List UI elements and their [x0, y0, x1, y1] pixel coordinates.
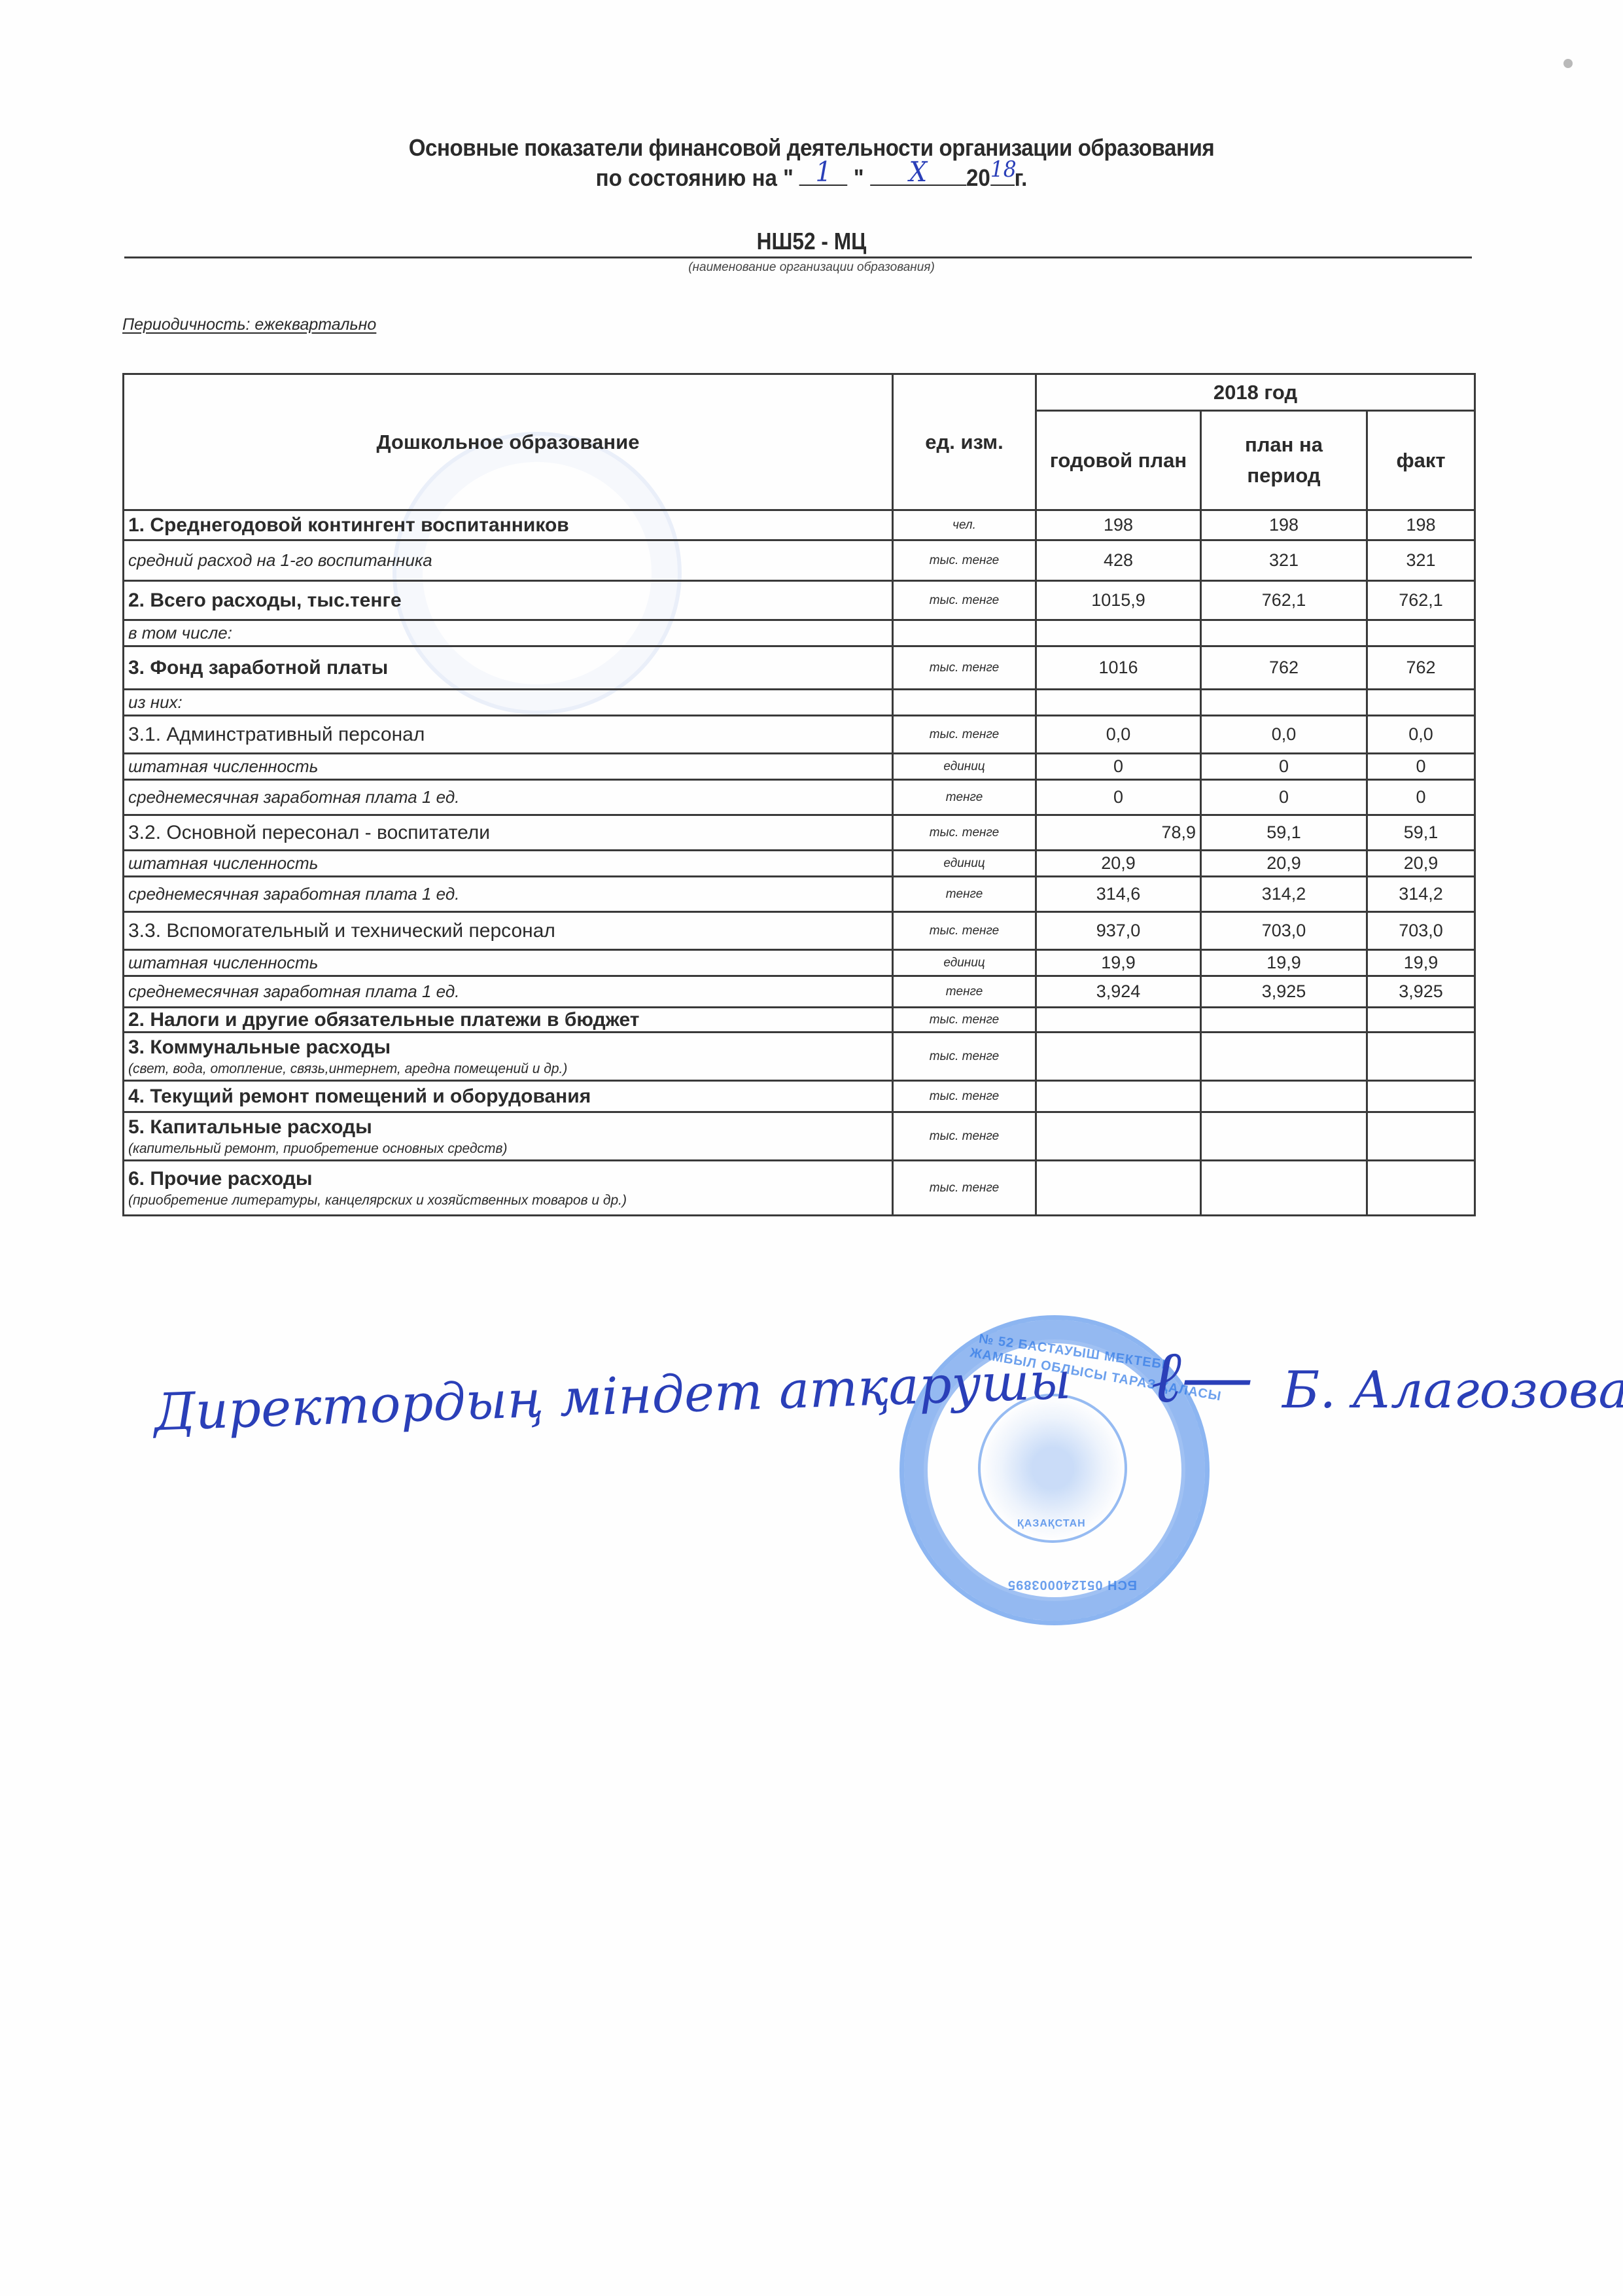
row-unit: тыс. тенге — [893, 646, 1036, 690]
table-row: в том числе: — [124, 620, 1475, 646]
cell-annual-plan — [1036, 1112, 1201, 1161]
cell-annual-plan — [1036, 1081, 1201, 1112]
cell-fact: 20,9 — [1367, 851, 1475, 877]
row-unit: единиц — [893, 851, 1036, 877]
cell-fact: 0,0 — [1367, 716, 1475, 754]
cell-annual-plan — [1036, 620, 1201, 646]
cell-annual-plan: 19,9 — [1036, 950, 1201, 976]
cell-annual-plan: 198 — [1036, 510, 1201, 540]
table-row: 3. Коммунальные расходы(свет, вода, отоп… — [124, 1033, 1475, 1081]
row-unit — [893, 690, 1036, 716]
row-label: штатная численность — [124, 754, 893, 780]
row-note: (капительный ремонт, приобретение основн… — [128, 1141, 888, 1157]
row-unit: тенге — [893, 780, 1036, 815]
cell-period-plan: 59,1 — [1201, 815, 1367, 851]
signature-mark: ℓ— — [1151, 1335, 1253, 1419]
row-unit: тыс. тенге — [893, 1112, 1036, 1161]
cell-fact — [1367, 1008, 1475, 1033]
row-label: 3.2. Основной пересонал - воспитатели — [124, 815, 893, 851]
row-note: (свет, вода, отопление, связь,интернет, … — [128, 1061, 888, 1077]
row-label-text: 3. Фонд заработной платы — [128, 657, 388, 679]
cell-fact: 3,925 — [1367, 976, 1475, 1008]
header-year: 2018 год — [1036, 374, 1475, 411]
header-annual-plan: годовой план — [1036, 411, 1201, 510]
row-label: 3. Коммунальные расходы(свет, вода, отоп… — [124, 1033, 893, 1081]
table-row: 3.1. Админстративный персоналтыс. тенге0… — [124, 716, 1475, 754]
row-label: средний расход на 1-го воспитанника — [124, 540, 893, 581]
cell-fact: 59,1 — [1367, 815, 1475, 851]
cell-fact — [1367, 1081, 1475, 1112]
row-label-text: 4. Текущий ремонт помещений и оборудован… — [128, 1086, 591, 1107]
as-of-date-line: по состоянию на " 1 " X2018г. — [65, 162, 1558, 192]
cell-period-plan: 314,2 — [1201, 877, 1367, 912]
row-label-text: 2. Всего расходы, тыс.тенге — [128, 590, 402, 611]
table-row: средний расход на 1-го воспитанникатыс. … — [124, 540, 1475, 581]
row-label: штатная численность — [124, 851, 893, 877]
cell-period-plan: 703,0 — [1201, 912, 1367, 950]
cell-period-plan — [1201, 1033, 1367, 1081]
cell-fact: 321 — [1367, 540, 1475, 581]
cell-annual-plan: 0,0 — [1036, 716, 1201, 754]
periodicity: Периодичность: ежеквартально — [122, 315, 376, 334]
cell-fact: 0 — [1367, 754, 1475, 780]
row-label: 4. Текущий ремонт помещений и оборудован… — [124, 1081, 893, 1112]
cell-period-plan — [1201, 1161, 1367, 1216]
header-period-plan: план на период — [1201, 411, 1367, 510]
table-row: из них: — [124, 690, 1475, 716]
cell-annual-plan — [1036, 1161, 1201, 1216]
cell-annual-plan: 78,9 — [1036, 815, 1201, 851]
table-row: среднемесячная заработная плата 1 ед.тен… — [124, 976, 1475, 1008]
header-section: Дошкольное образование — [124, 374, 893, 510]
financial-indicators-table: Дошкольное образование ед. изм. 2018 год… — [122, 373, 1476, 1216]
row-unit: тыс. тенге — [893, 912, 1036, 950]
row-label-text: 3.1. Админстративный персонал — [128, 724, 425, 745]
cell-annual-plan — [1036, 1008, 1201, 1033]
row-unit: тыс. тенге — [893, 581, 1036, 620]
row-unit: тыс. тенге — [893, 716, 1036, 754]
table-row: 2. Всего расходы, тыс.тенгетыс. тенге101… — [124, 581, 1475, 620]
cell-period-plan — [1201, 1008, 1367, 1033]
row-label: из них: — [124, 690, 893, 716]
row-label-text: среднемесячная заработная плата 1 ед. — [128, 884, 459, 904]
cell-period-plan: 19,9 — [1201, 950, 1367, 976]
row-unit: единиц — [893, 950, 1036, 976]
row-label: 1. Среднегодовой контингент воспитаннико… — [124, 510, 893, 540]
signer-name: Б. Алагозова — [1282, 1361, 1623, 1420]
table-row: среднемесячная заработная плата 1 ед.тен… — [124, 877, 1475, 912]
stamp-center-text: ҚАЗАҚСТАН — [1017, 1518, 1086, 1530]
cell-fact: 762 — [1367, 646, 1475, 690]
cell-annual-plan: 428 — [1036, 540, 1201, 581]
cell-period-plan: 0 — [1201, 780, 1367, 815]
as-of-year-blank: 18 — [990, 162, 1015, 186]
cell-period-plan: 3,925 — [1201, 976, 1367, 1008]
row-label-text: в том числе: — [128, 623, 232, 643]
table-row: штатная численностьединиц000 — [124, 754, 1475, 780]
row-label: 6. Прочие расходы(приобретение литератур… — [124, 1161, 893, 1216]
quote-mark: " — [854, 164, 864, 191]
table-row: 3. Фонд заработной платытыс. тенге101676… — [124, 646, 1475, 690]
table-row: штатная численностьединиц19,919,919,9 — [124, 950, 1475, 976]
cell-fact: 19,9 — [1367, 950, 1475, 976]
table-row: 2. Налоги и другие обязательные платежи … — [124, 1008, 1475, 1033]
table-row: 3.3. Вспомогательный и технический персо… — [124, 912, 1475, 950]
row-label-text: 2. Налоги и другие обязательные платежи … — [128, 1009, 639, 1031]
row-unit: тыс. тенге — [893, 1008, 1036, 1033]
cell-fact: 198 — [1367, 510, 1475, 540]
cell-annual-plan: 1015,9 — [1036, 581, 1201, 620]
organization-name: НШ52 - МЦ — [97, 228, 1526, 255]
cell-period-plan — [1201, 690, 1367, 716]
cell-annual-plan: 1016 — [1036, 646, 1201, 690]
row-label: 5. Капитальные расходы(капительный ремон… — [124, 1112, 893, 1161]
cell-period-plan: 0,0 — [1201, 716, 1367, 754]
row-unit: тыс. тенге — [893, 540, 1036, 581]
cell-fact — [1367, 620, 1475, 646]
organization-caption: (наименование организации образования) — [0, 260, 1623, 275]
cell-fact: 703,0 — [1367, 912, 1475, 950]
row-label: среднемесячная заработная плата 1 ед. — [124, 976, 893, 1008]
cell-period-plan — [1201, 1081, 1367, 1112]
stamp-bin-text: БСН 051240003895 — [1007, 1577, 1137, 1592]
row-label-text: среднемесячная заработная плата 1 ед. — [128, 787, 459, 807]
row-unit: тыс. тенге — [893, 1161, 1036, 1216]
row-unit — [893, 620, 1036, 646]
cell-fact — [1367, 1033, 1475, 1081]
row-label: 3.3. Вспомогательный и технический персо… — [124, 912, 893, 950]
as-of-day: 1 — [799, 158, 848, 186]
row-label: 3. Фонд заработной платы — [124, 646, 893, 690]
as-of-year-suffix: 18 — [990, 158, 1015, 181]
row-label: среднемесячная заработная плата 1 ед. — [124, 780, 893, 815]
cell-fact: 0 — [1367, 780, 1475, 815]
cell-fact — [1367, 1161, 1475, 1216]
row-label-text: штатная численность — [128, 853, 318, 873]
cell-period-plan — [1201, 1112, 1367, 1161]
row-unit: тыс. тенге — [893, 1081, 1036, 1112]
cell-annual-plan: 20,9 — [1036, 851, 1201, 877]
organization-underline — [124, 256, 1472, 258]
cell-annual-plan: 937,0 — [1036, 912, 1201, 950]
row-note: (приобретение литературы, канцелярских и… — [128, 1193, 888, 1209]
cell-annual-plan: 3,924 — [1036, 976, 1201, 1008]
cell-period-plan: 20,9 — [1201, 851, 1367, 877]
cell-fact — [1367, 690, 1475, 716]
row-label: 3.1. Админстративный персонал — [124, 716, 893, 754]
cell-period-plan: 198 — [1201, 510, 1367, 540]
scan-speck — [1563, 59, 1573, 68]
cell-fact: 762,1 — [1367, 581, 1475, 620]
row-label-text: 3. Коммунальные расходы — [128, 1036, 391, 1058]
row-unit: тенге — [893, 877, 1036, 912]
table-row: 6. Прочие расходы(приобретение литератур… — [124, 1161, 1475, 1216]
cell-period-plan: 762,1 — [1201, 581, 1367, 620]
cell-period-plan: 321 — [1201, 540, 1367, 581]
table-row: 1. Среднегодовой контингент воспитаннико… — [124, 510, 1475, 540]
row-unit: чел. — [893, 510, 1036, 540]
cell-annual-plan: 0 — [1036, 780, 1201, 815]
table-row: среднемесячная заработная плата 1 ед.тен… — [124, 780, 1475, 815]
as-of-year-prefix: 20 — [966, 164, 990, 191]
cell-fact — [1367, 1112, 1475, 1161]
table-row: 4. Текущий ремонт помещений и оборудован… — [124, 1081, 1475, 1112]
row-label: штатная численность — [124, 950, 893, 976]
row-label-text: из них: — [128, 692, 183, 712]
as-of-month: X — [870, 158, 966, 186]
table-row: штатная численностьединиц20,920,920,9 — [124, 851, 1475, 877]
row-label: в том числе: — [124, 620, 893, 646]
header-fact: факт — [1367, 411, 1475, 510]
row-label: 2. Всего расходы, тыс.тенге — [124, 581, 893, 620]
row-label-text: 6. Прочие расходы — [128, 1168, 313, 1190]
cell-fact: 314,2 — [1367, 877, 1475, 912]
row-label-text: среднемесячная заработная плата 1 ед. — [128, 981, 459, 1001]
table-row: 5. Капитальные расходы(капительный ремон… — [124, 1112, 1475, 1161]
as-of-month-blank: X — [870, 162, 966, 186]
row-label-text: 3.2. Основной пересонал - воспитатели — [128, 822, 490, 843]
cell-annual-plan: 0 — [1036, 754, 1201, 780]
cell-annual-plan — [1036, 1033, 1201, 1081]
row-label-text: средний расход на 1-го воспитанника — [128, 550, 432, 570]
as-of-prefix: по состоянию на " — [596, 164, 794, 191]
row-unit: тенге — [893, 976, 1036, 1008]
row-unit: тыс. тенге — [893, 1033, 1036, 1081]
header-unit: ед. изм. — [893, 374, 1036, 510]
row-unit: единиц — [893, 754, 1036, 780]
cell-annual-plan — [1036, 690, 1201, 716]
table-row: 3.2. Основной пересонал - воспитателитыс… — [124, 815, 1475, 851]
row-label-text: 3.3. Вспомогательный и технический персо… — [128, 920, 555, 942]
cell-period-plan: 0 — [1201, 754, 1367, 780]
row-label: 2. Налоги и другие обязательные платежи … — [124, 1008, 893, 1033]
row-label-text: штатная численность — [128, 953, 318, 972]
document-title: Основные показатели финансовой деятельно… — [65, 134, 1558, 162]
row-label-text: штатная численность — [128, 756, 318, 776]
as-of-day-blank: 1 — [799, 162, 848, 186]
row-label-text: 5. Капитальные расходы — [128, 1116, 372, 1138]
row-label: среднемесячная заработная плата 1 ед. — [124, 877, 893, 912]
row-label-text: 1. Среднегодовой контингент воспитаннико… — [128, 514, 569, 536]
cell-period-plan: 762 — [1201, 646, 1367, 690]
row-unit: тыс. тенге — [893, 815, 1036, 851]
cell-annual-plan: 314,6 — [1036, 877, 1201, 912]
cell-period-plan — [1201, 620, 1367, 646]
